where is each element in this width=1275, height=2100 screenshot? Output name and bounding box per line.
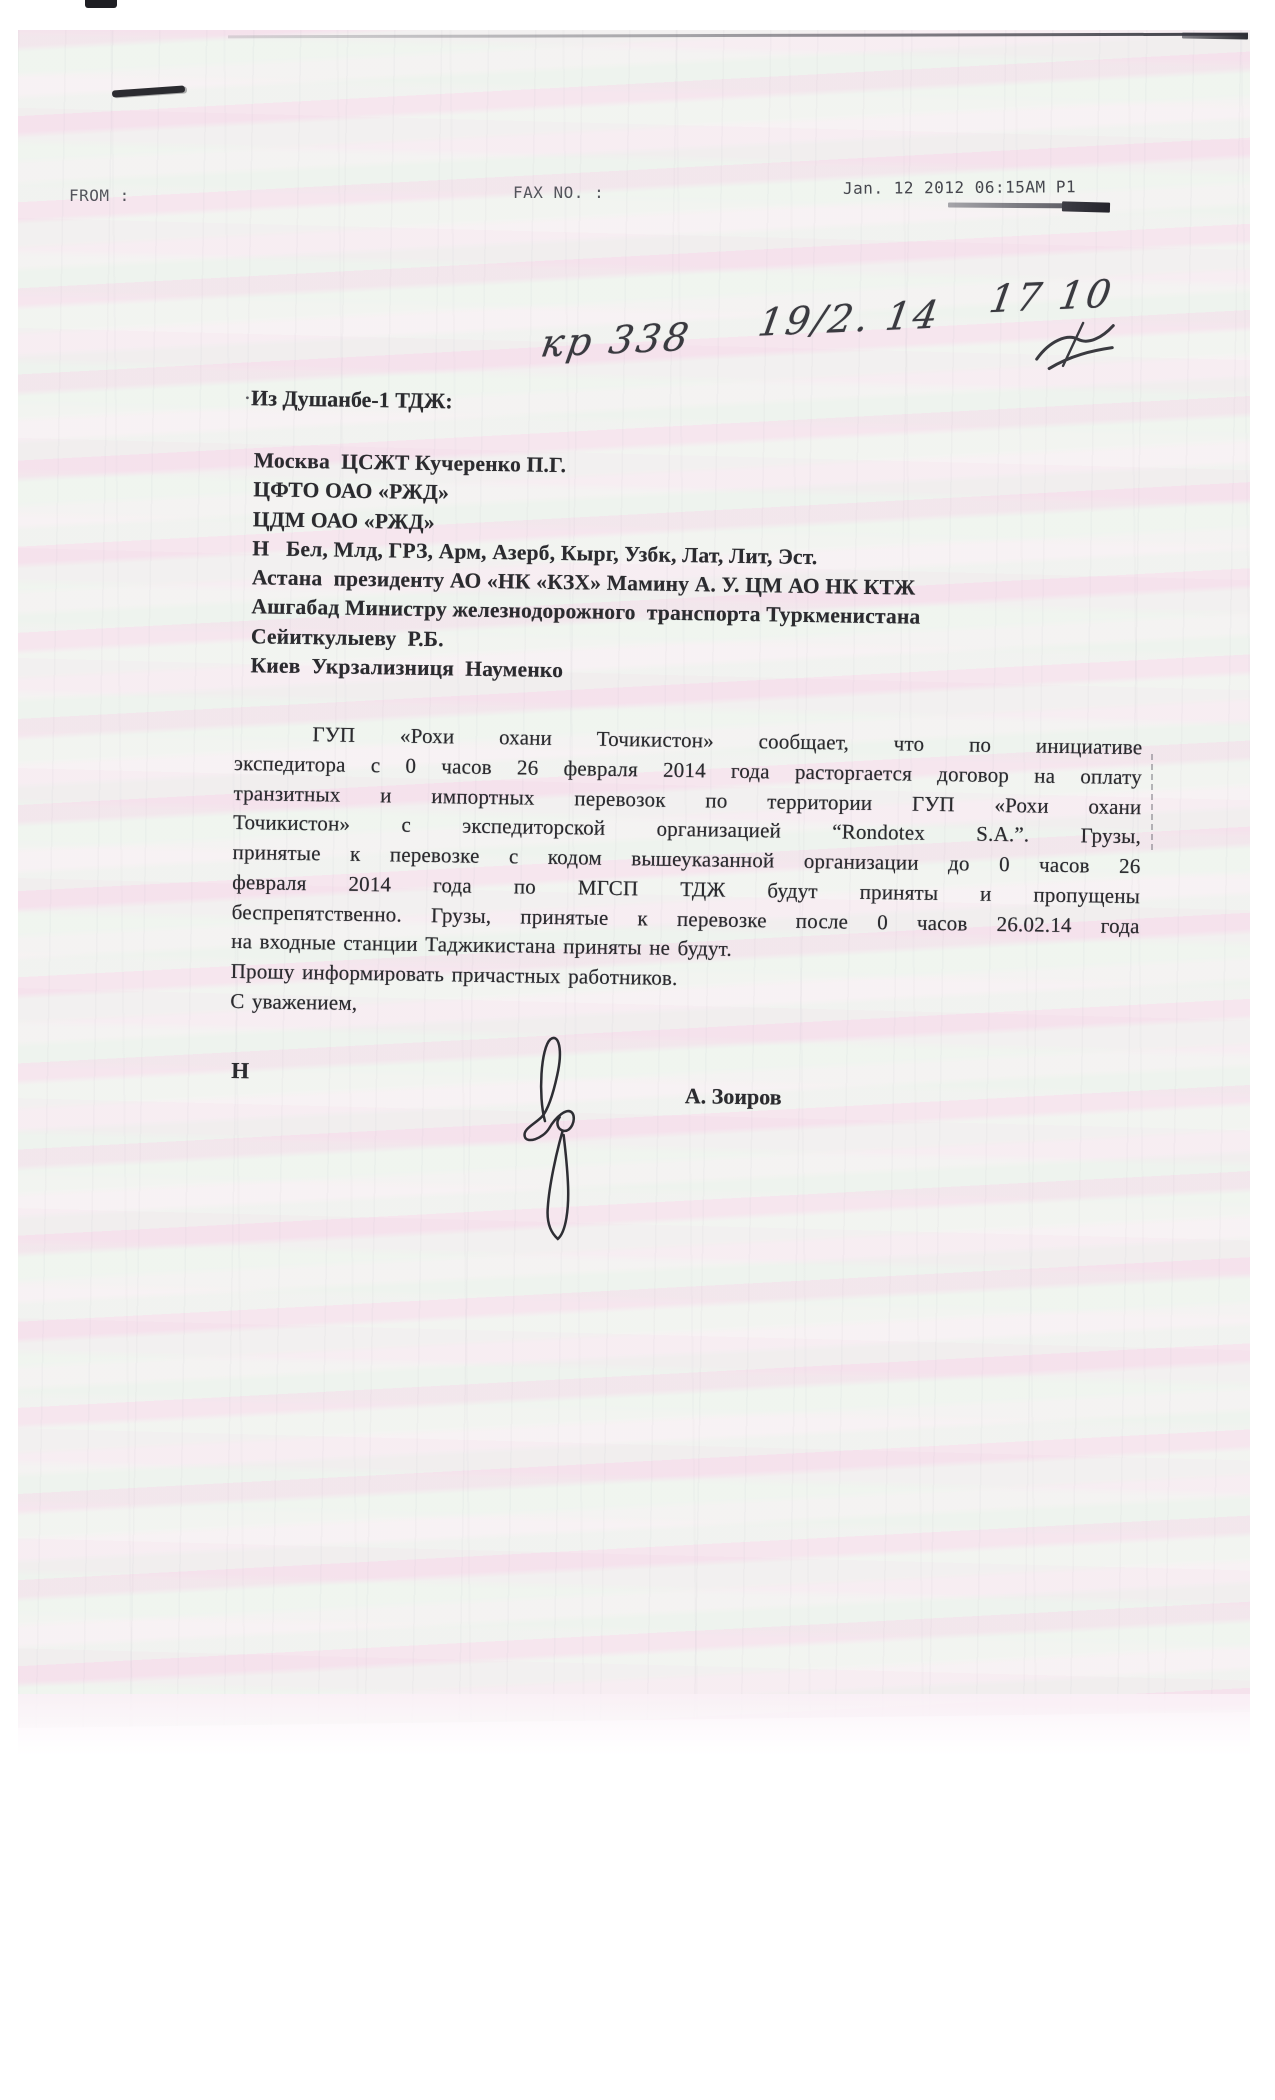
fax-timestamp: Jan. 12 2012 06:15AM P1 — [843, 177, 1076, 198]
signature-row: Н А. Зоиров — [225, 1058, 1137, 1332]
signature-stroke — [524, 1038, 575, 1141]
handwritten-flourish-icon — [1031, 317, 1117, 373]
page-bottom-edge — [18, 1694, 1250, 1756]
scan-top-edge-corner — [1182, 32, 1248, 39]
handwritten-note-time: 17 10 — [986, 271, 1117, 321]
handwritten-note-date: 19/2. 14 — [755, 292, 944, 345]
origin-text: Из Душанбе-1 ТДЖ: — [251, 385, 453, 413]
fax-scan-canvas: FROM : FAX NO. : Jan. 12 2012 06:15AM P1… — [0, 0, 1275, 2100]
toner-blob — [85, 0, 117, 8]
letter-block: ·Из Душанбе-1 ТДЖ: Москва ЦСЖТ Кучеренко… — [225, 384, 1148, 1333]
recipients-block: Москва ЦСЖТ Кучеренко П.Г. ЦФТО ОАО «РЖД… — [250, 446, 1147, 694]
timestamp-underline-blot — [1062, 201, 1110, 212]
signer-name: А. Зоиров — [685, 1083, 782, 1111]
signature-icon — [519, 1033, 592, 1244]
closing-initial: Н — [231, 1058, 249, 1084]
right-margin-artifact — [1151, 754, 1153, 850]
handwritten-note-number: кр 338 — [538, 315, 695, 366]
fax-from-label: FROM : — [69, 186, 130, 205]
fax-number-label: FAX NO. : — [513, 183, 604, 202]
letter-body: ГУП «Рохи охани Точикистон» сообщает, чт… — [230, 719, 1143, 1030]
signature-tail-stroke — [547, 1131, 569, 1239]
